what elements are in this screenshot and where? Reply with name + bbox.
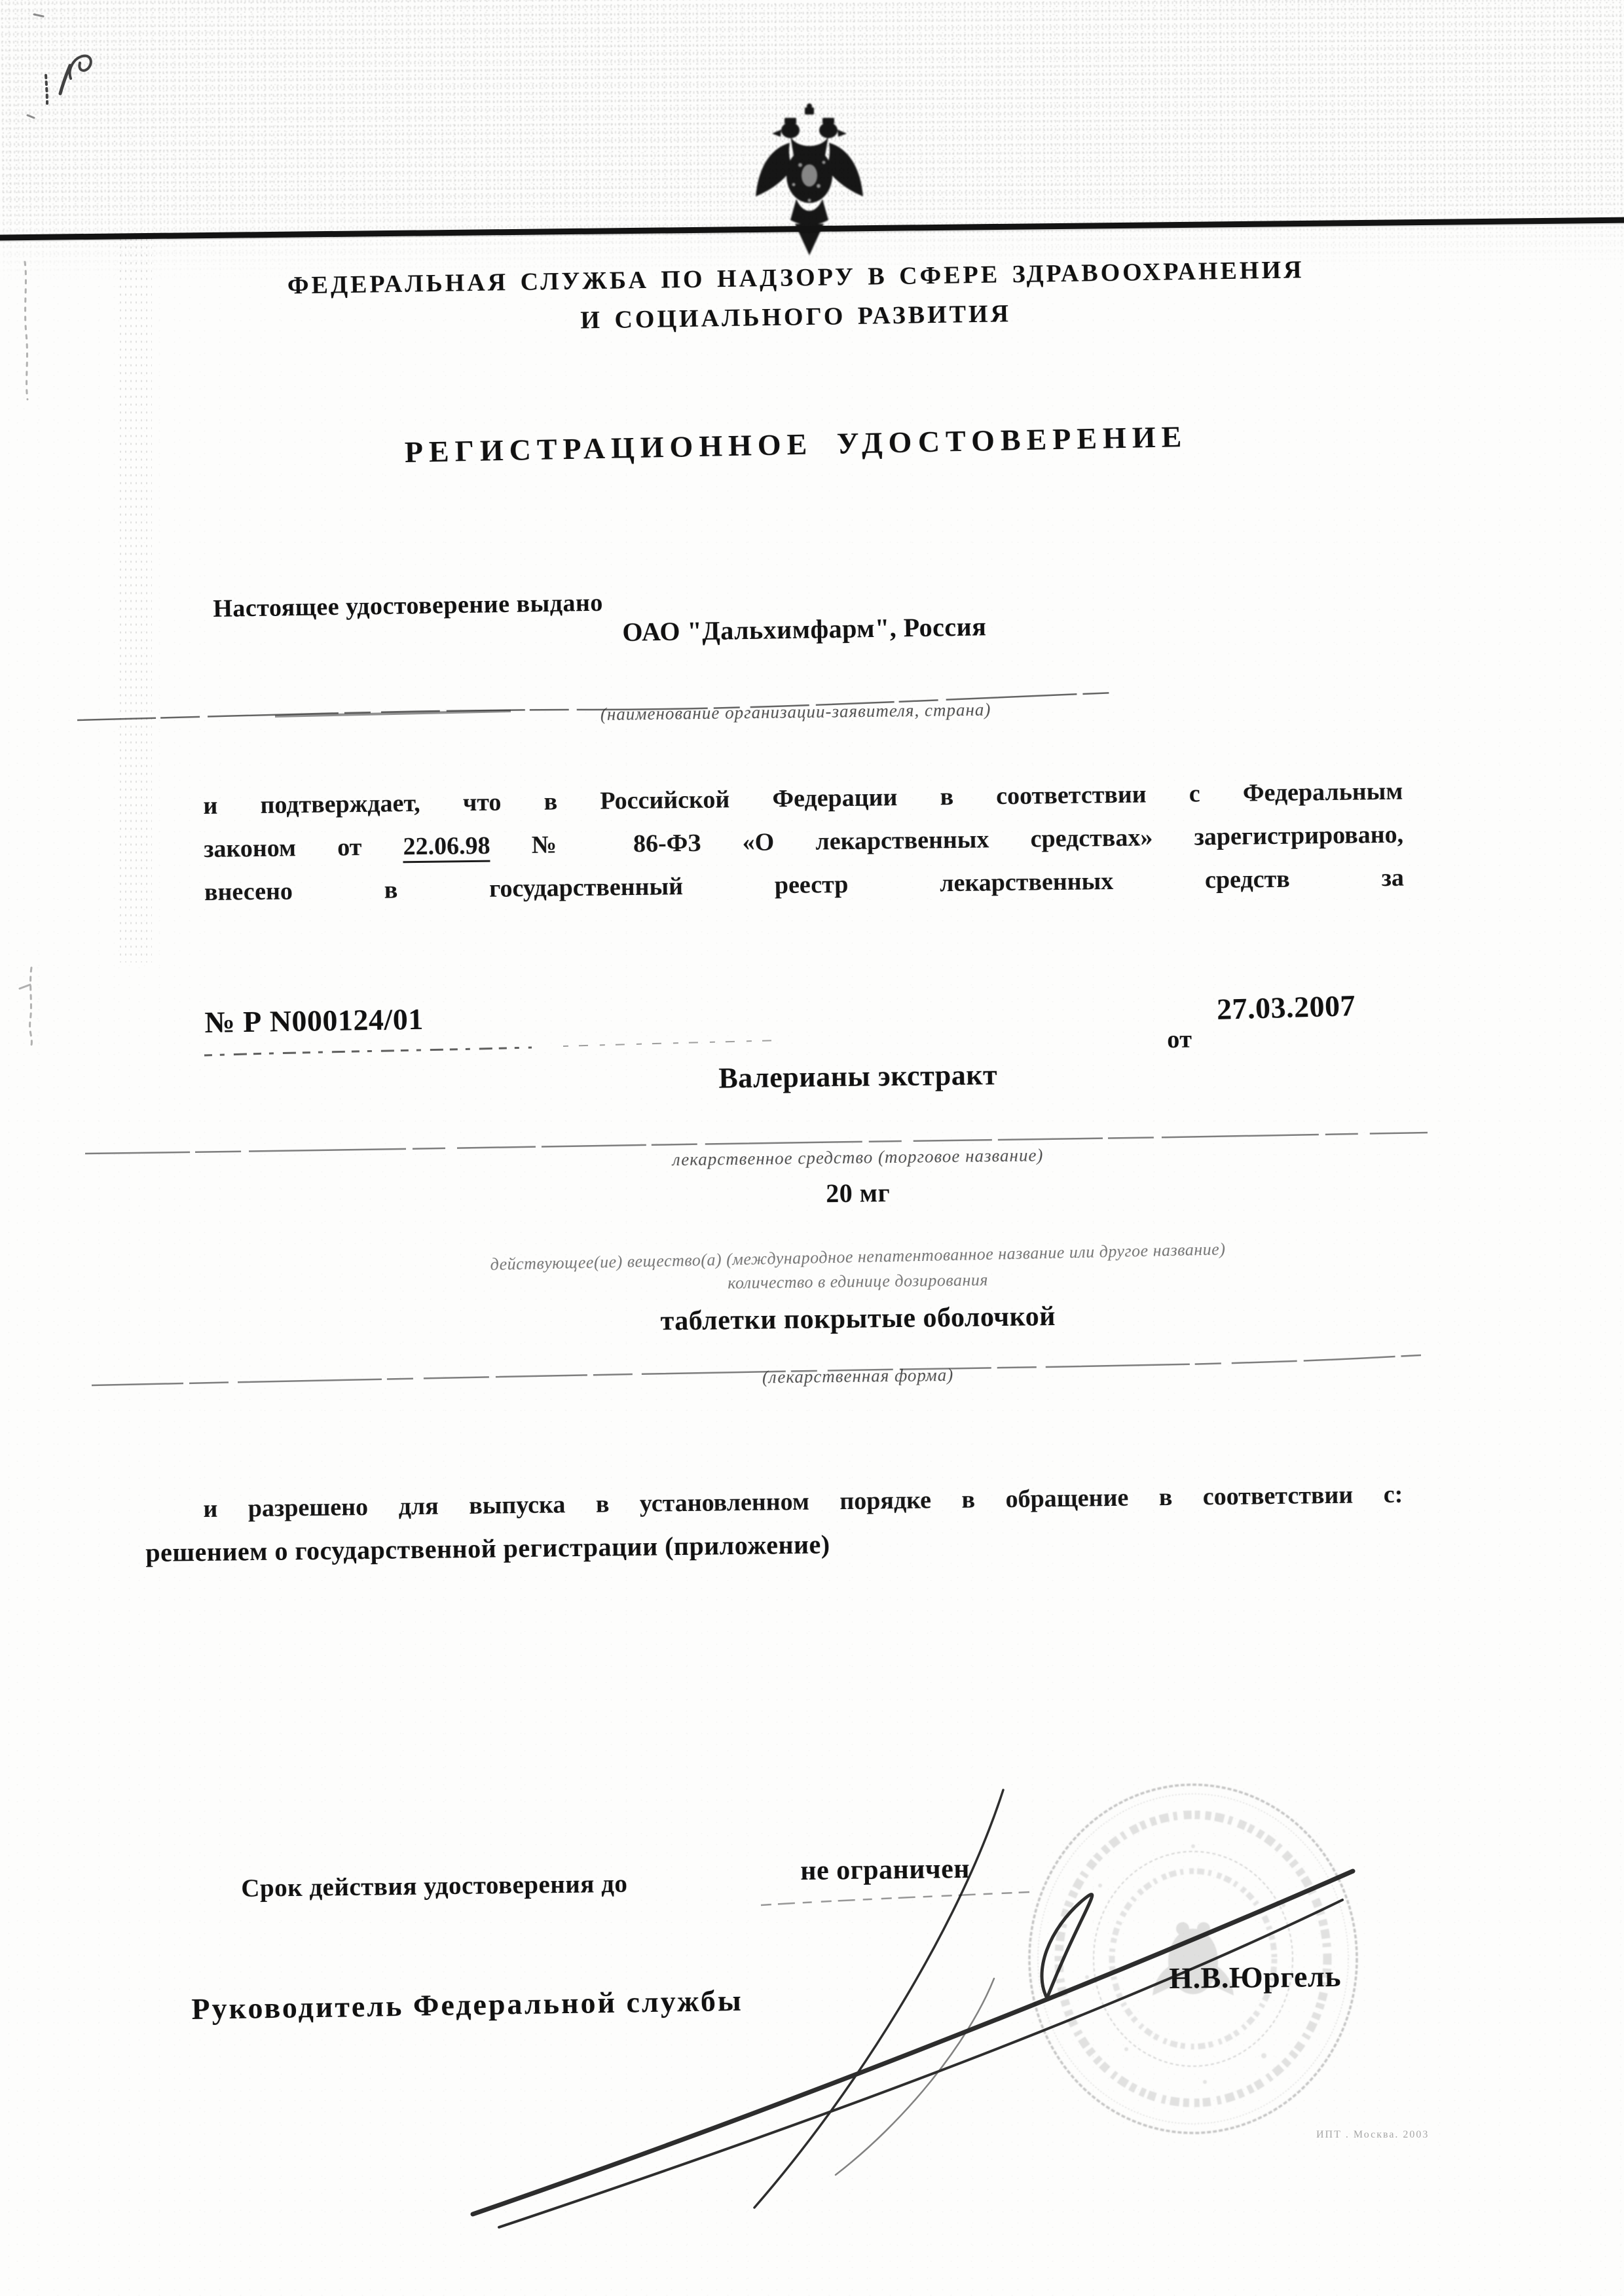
dosage-form: таблетки покрытые оболочкой: [144, 1294, 1572, 1343]
validity-value: не ограничен: [800, 1853, 970, 1887]
dose-value: 20 мг: [144, 1169, 1572, 1217]
date-label: от: [1167, 1025, 1192, 1054]
release-basis: решением о государственной регистрации (…: [145, 1529, 830, 1568]
registration-number-value: Р N000124/01: [243, 1002, 424, 1038]
body-paragraph: и подтверждает, что в Российской Федерац…: [203, 770, 1404, 914]
law-date: 22.06.98: [403, 832, 490, 864]
margin-scribbles: [20, 262, 31, 1045]
trade-name: Валерианы экстракт: [144, 1051, 1572, 1102]
signer-name: Н.В.Юргель: [1169, 1959, 1341, 1995]
handwritten-mark: [28, 14, 91, 118]
printer-imprint: ИПТ . Москва. 2003: [1316, 2129, 1429, 2141]
trade-name-caption: лекарственное средство (торговое названи…: [144, 1139, 1572, 1176]
registration-date: 27.03.2007: [1216, 988, 1356, 1027]
body-line2-prefix: законом от: [204, 833, 362, 863]
scan-noise-left-margin: [118, 236, 152, 962]
body-line2-suffix: № 86-ФЗ «О лекарственных средствах» заре…: [532, 821, 1404, 859]
release-clause: и разрешено для выпуска в установленном …: [203, 1473, 1403, 1531]
certificate-page: ФЕДЕРАЛЬНАЯ СЛУЖБА ПО НАДЗОРУ В СФЕРЕ ЗД…: [0, 0, 1624, 2296]
validity-label: Срок действия удостоверения до: [241, 1869, 628, 1903]
issued-to-value: ОАО "Дальхимфарм", Россия: [622, 611, 987, 647]
dosage-form-caption: (лекарственная форма): [144, 1357, 1572, 1395]
reg-number-underline: [204, 1040, 779, 1055]
number-sign: №: [204, 1005, 236, 1039]
validity-underline: [761, 1892, 1029, 1905]
issued-to-caption: (наименование организации-заявителя, стр…: [59, 693, 1532, 731]
russian-coat-of-arms-icon: [750, 102, 868, 266]
signer-title: Руководитель Федеральной службы: [191, 1983, 743, 2026]
issued-label: Настоящее удостоверение выдано: [213, 589, 603, 623]
document-title: РЕГИСТРАЦИОННОЕ УДОСТОВЕРЕНИЕ: [59, 412, 1533, 476]
registration-number: № Р N000124/01: [204, 1002, 424, 1040]
